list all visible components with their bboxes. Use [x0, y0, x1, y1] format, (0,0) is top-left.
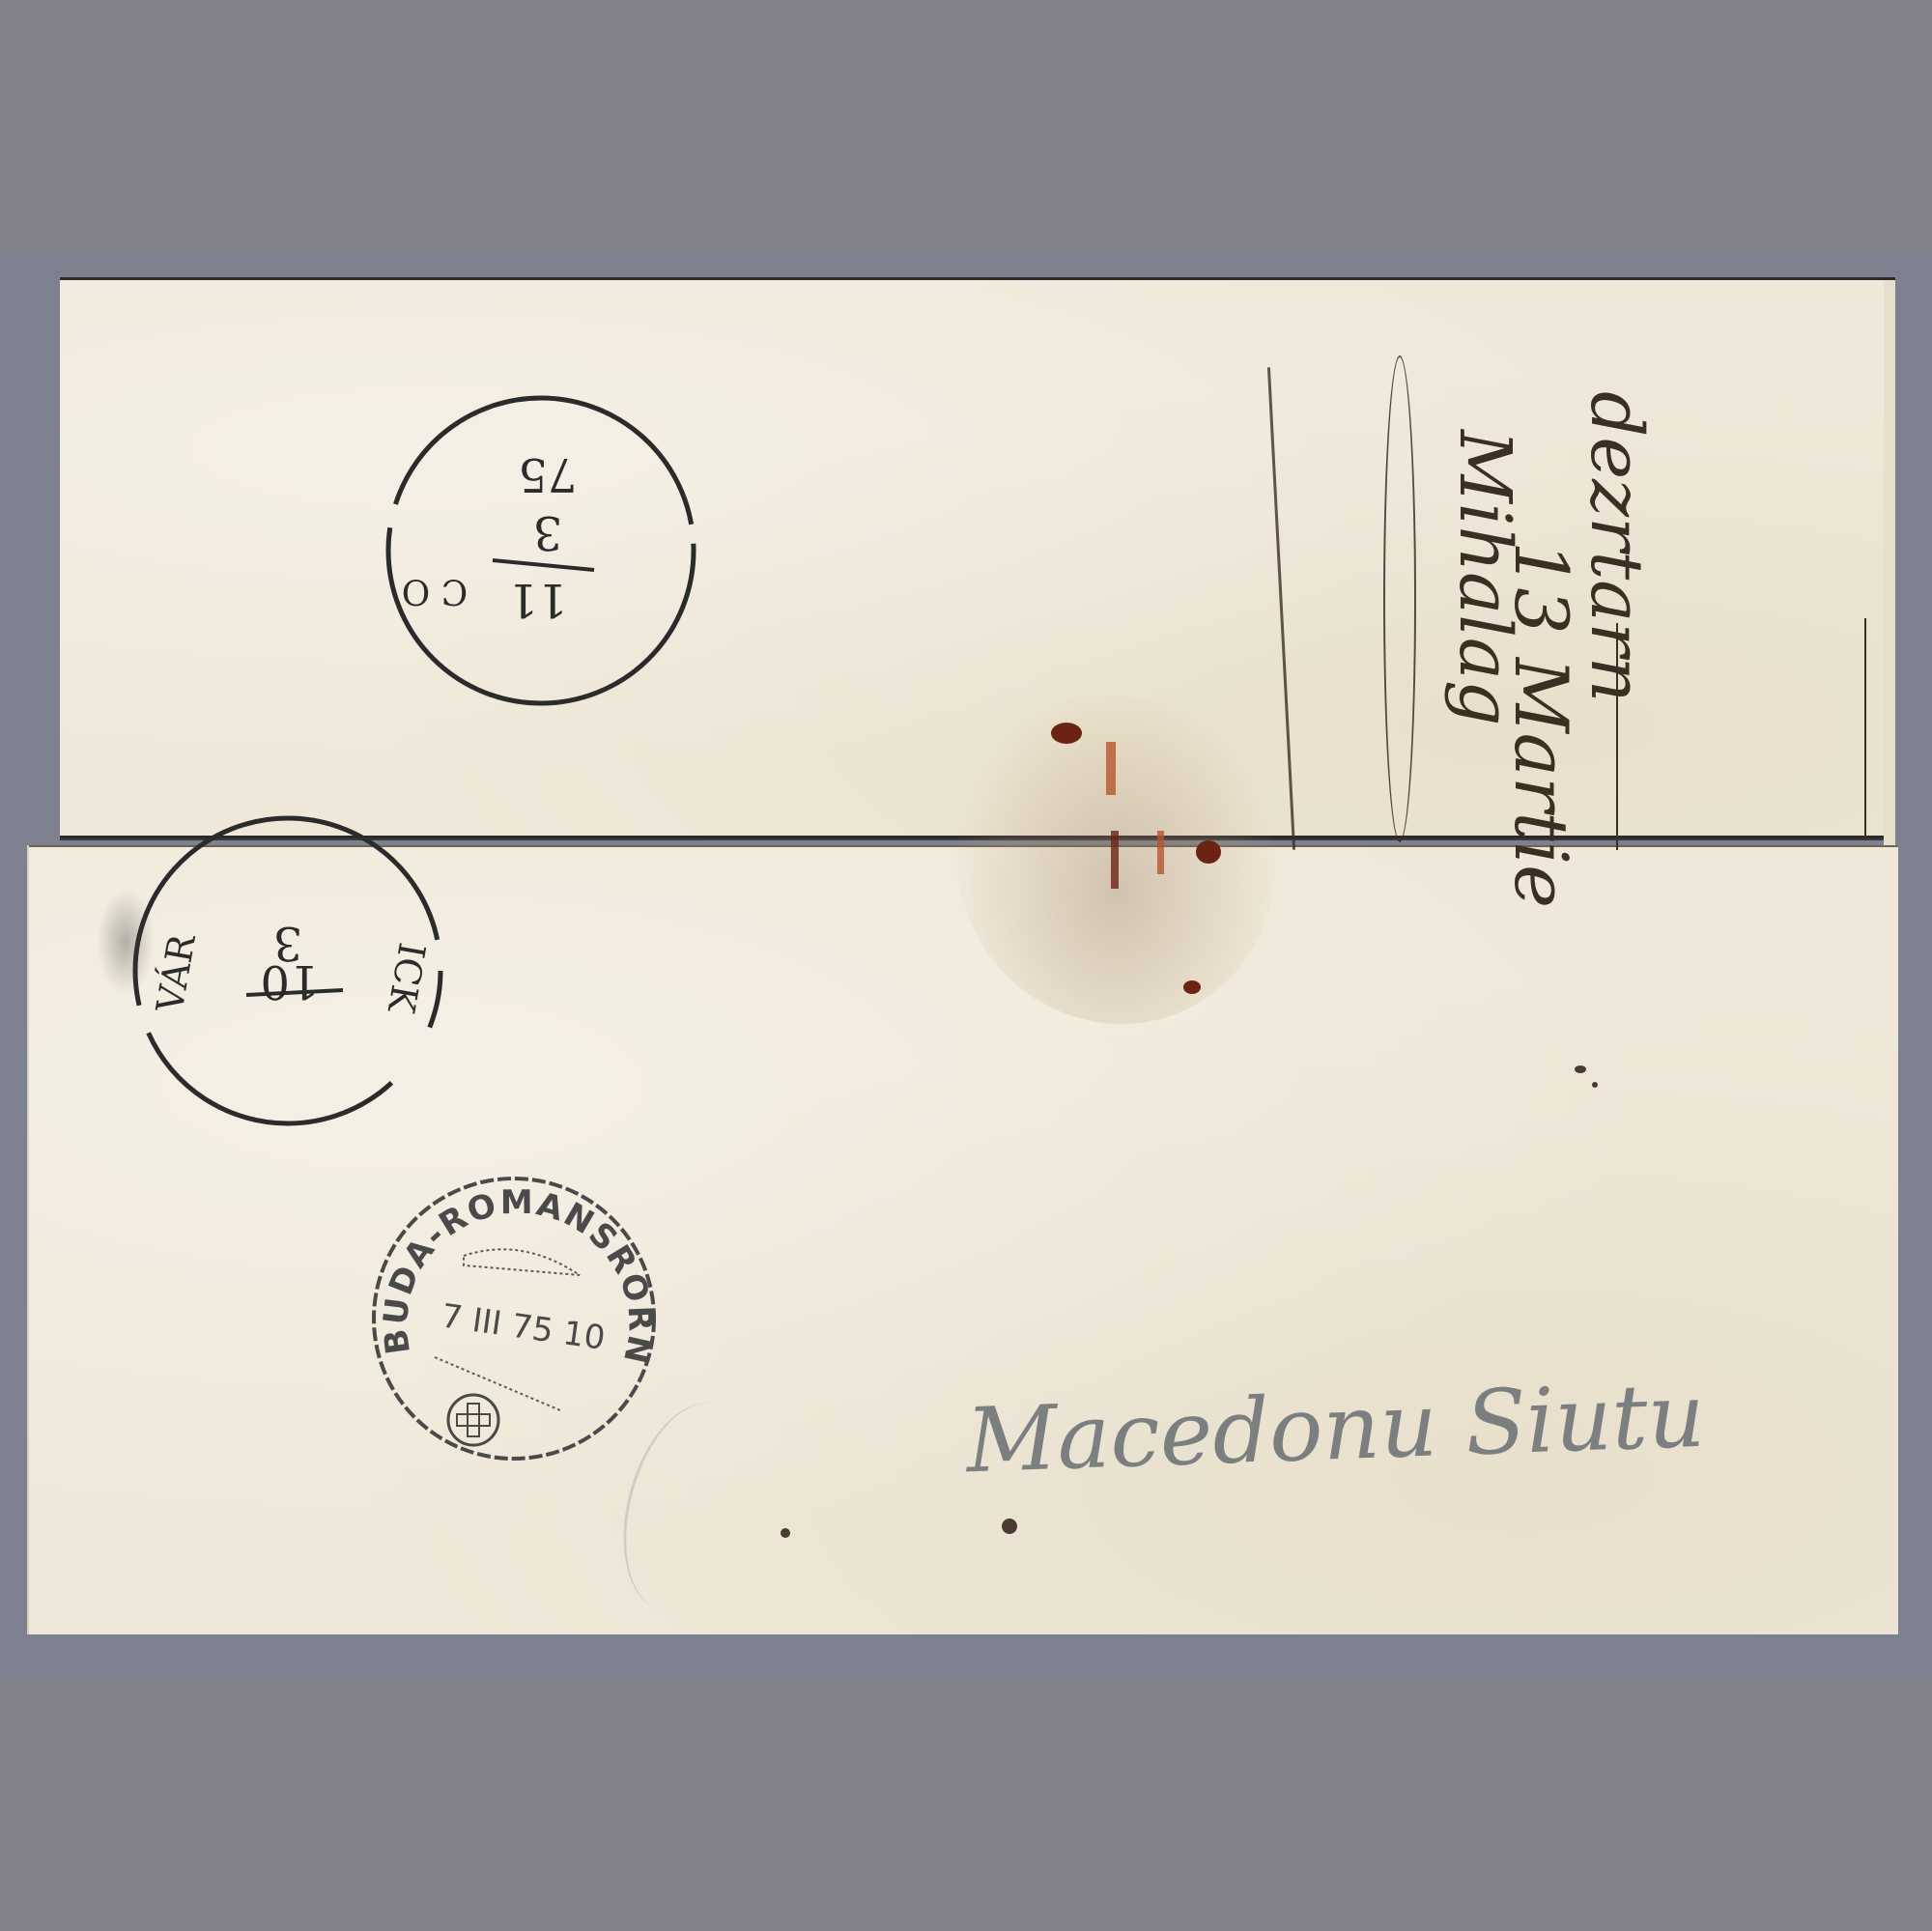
svg-text:3: 3 — [273, 916, 303, 970]
postmark-top: 11 3 75 C O — [382, 386, 710, 715]
ink-speck — [781, 1528, 790, 1538]
ink-speck — [1002, 1519, 1017, 1534]
swiss-cross-icon — [448, 1395, 498, 1445]
pen-flourish-loop — [1383, 355, 1416, 842]
underline-stroke — [1864, 618, 1866, 840]
ink-speck — [1592, 1082, 1598, 1088]
ink-speck — [1575, 1065, 1586, 1073]
svg-text:75: 75 — [518, 447, 577, 501]
svg-text:11: 11 — [508, 573, 567, 627]
postmark-railway: BUDA-ROMANSRORN 7 III 75 10 — [367, 1169, 667, 1468]
address-line-3: Mihalag — [1443, 430, 1526, 725]
underline-stroke — [1616, 623, 1618, 850]
ink-smudge — [97, 889, 155, 995]
svg-text:ICK: ICK — [380, 940, 434, 1017]
svg-text:VÁR: VÁR — [148, 930, 204, 1017]
svg-text:3: 3 — [533, 505, 563, 559]
svg-text:C O: C O — [402, 571, 469, 611]
postmark-left: 10 3 VÁR ICK — [126, 802, 454, 1130]
svg-text:7 III 75 10: 7 III 75 10 — [439, 1296, 608, 1357]
